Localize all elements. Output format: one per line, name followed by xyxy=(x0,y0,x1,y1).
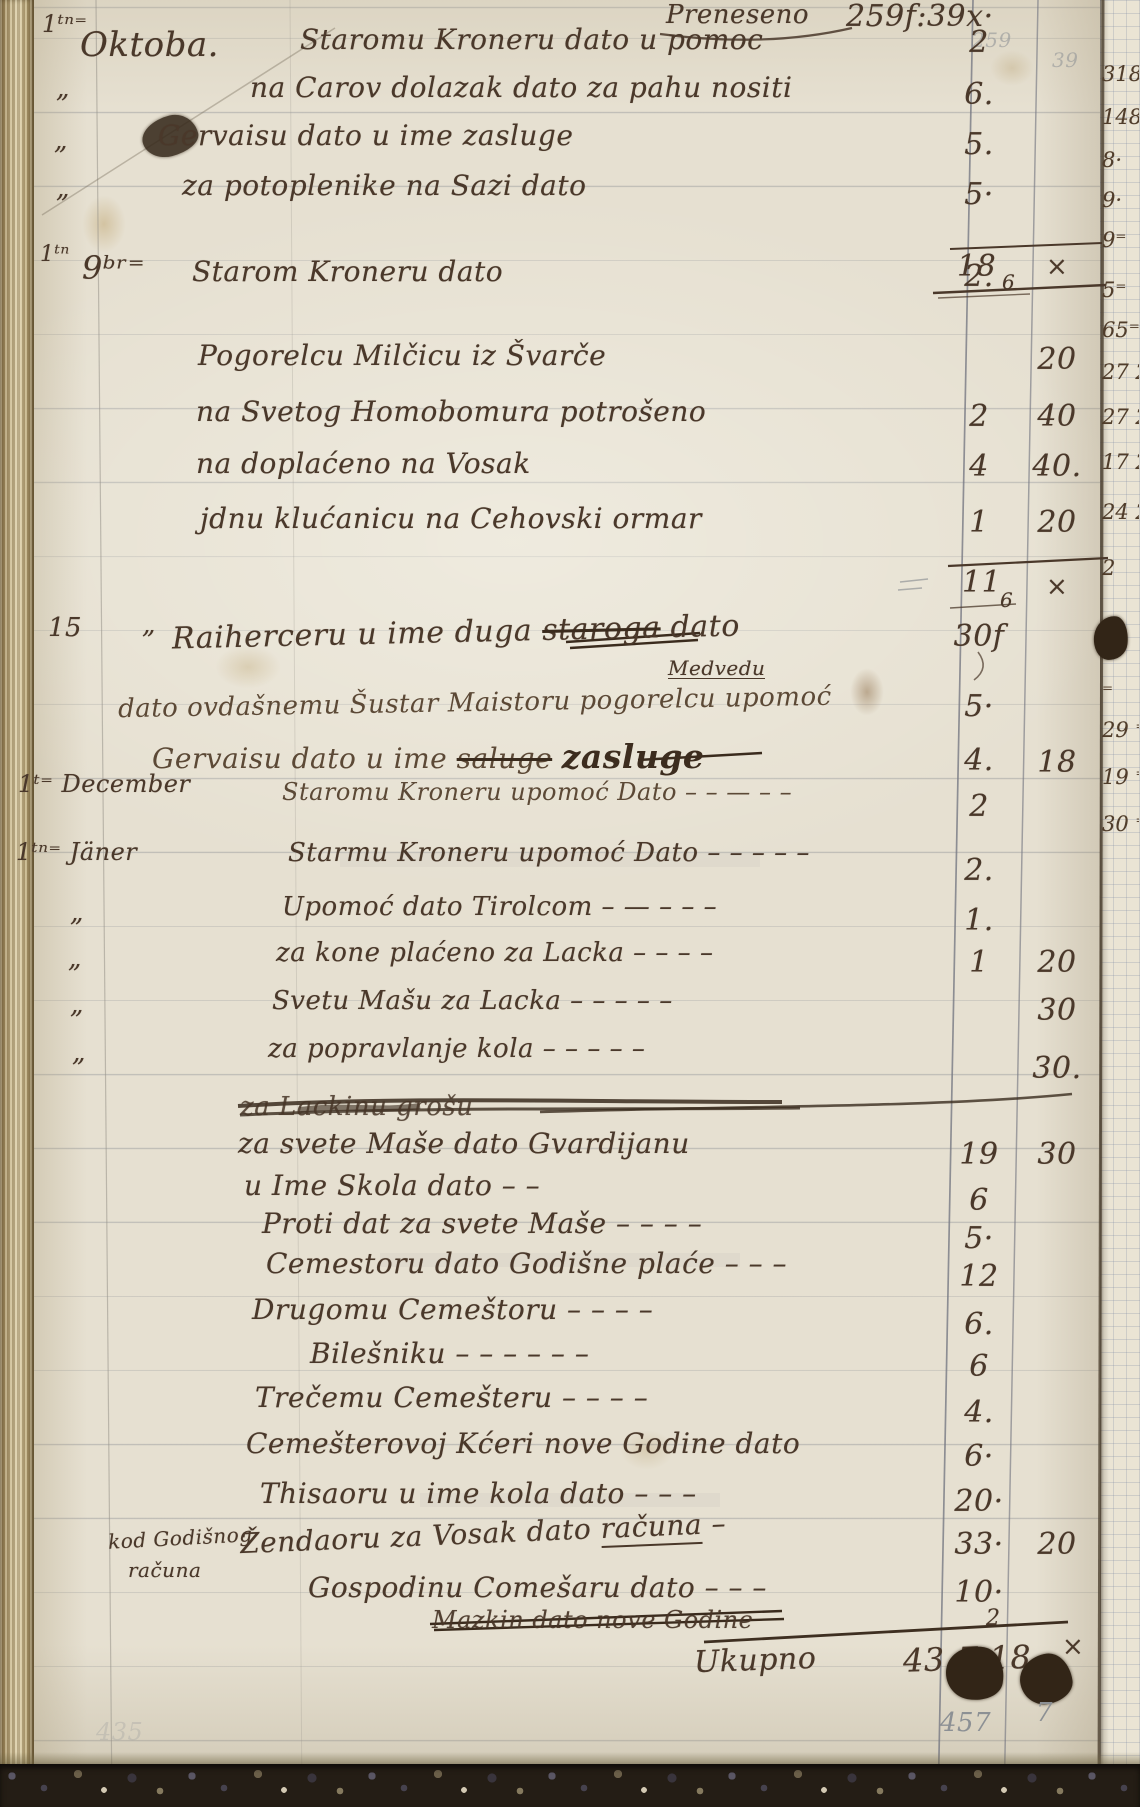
subtotal-value: 11 xyxy=(962,568,1001,598)
margin-ditto: „ xyxy=(56,76,70,102)
florin-value: 6 xyxy=(946,1186,1012,1216)
margin-ditto: „ xyxy=(72,1040,86,1066)
florin-value: 1. xyxy=(946,906,1012,936)
margin-month: 9ᵇʳ⁼ xyxy=(82,252,145,284)
florin-value: 5· xyxy=(946,692,1012,722)
florin-value: 4 xyxy=(946,452,1012,482)
ledger-entry-text: Starom Kroneru dato xyxy=(192,258,503,286)
florin-value: 4. xyxy=(946,746,1012,776)
ledger-entry-text: na Carov dolazak dato za pahu nositi xyxy=(250,74,792,102)
florin-value: 2 xyxy=(946,28,1012,58)
florin-value: 20· xyxy=(946,1487,1012,1517)
edge-number: 27 2⁼ xyxy=(1102,360,1139,384)
edge-number: 5⁼ xyxy=(1102,278,1139,302)
ledger-entry-text: na Svetog Homobomura potrošeno xyxy=(196,398,706,426)
ledger-entry-text: Cemešterovoj Kćeri nove Godine dato xyxy=(246,1430,800,1458)
book-spine-edge xyxy=(0,0,34,1807)
edge-number: 2 xyxy=(1102,556,1139,580)
edge-number: 30 ⁼ xyxy=(1102,812,1139,836)
florin-value: 6. xyxy=(946,1310,1012,1340)
edge-number: 17 2 xyxy=(1102,450,1139,474)
florin-value: 5. xyxy=(946,130,1012,160)
ledger-entry-text: Gervaisu dato u ime zasluge xyxy=(158,122,573,150)
edge-number: 9⁼ xyxy=(1102,228,1139,252)
subtotal-kreuzer-mark: × xyxy=(1046,254,1068,280)
book-bottom-marbled-edge xyxy=(0,1764,1140,1807)
edge-number: 19 ⁼ xyxy=(1102,765,1139,789)
florin-value: 2 xyxy=(946,792,1012,822)
ledger-scan: Preneseno 259f:39x· 259 39 1ᵗⁿ⁼ Oktoba. … xyxy=(0,0,1140,1807)
kreuzer-value: 20 xyxy=(1026,508,1088,538)
ledger-entry-text: jdnu klućanicu na Cehovski ormar xyxy=(200,505,702,533)
ledger-entry-text: Staromu Kroneru dato u pomoc xyxy=(300,26,763,54)
ledger-entry-text: Gervaisu dato u ime saluge zasluge xyxy=(152,740,704,773)
kreuzer-value: 30. xyxy=(1026,1054,1088,1084)
ledger-entry-text: u Ime Skola dato – – xyxy=(244,1172,540,1200)
florin-value: 1 xyxy=(946,508,1012,538)
kreuzer-value: 40 xyxy=(1026,402,1088,432)
margin-ditto: „ xyxy=(68,946,82,972)
margin-ditto: „ xyxy=(54,128,68,154)
entry-text-part: zasluge xyxy=(562,737,705,776)
subtotal-kreuzer-mark: × xyxy=(1046,574,1068,600)
florin-value: 12 xyxy=(946,1262,1012,1292)
ledger-entry-text: za kone plaćeno za Lacka – – – – xyxy=(276,940,713,966)
florin-value: 33· xyxy=(946,1530,1012,1560)
ledger-entry-text: na doplaćeno na Vosak xyxy=(196,450,531,478)
florin-value: 6· xyxy=(946,1442,1012,1472)
edge-number: 148 xyxy=(1102,105,1139,129)
ledger-entry-text: Cemestoru dato Godišne plaće – – – xyxy=(266,1250,787,1278)
margin-date: 15 xyxy=(48,615,82,641)
margin-ditto: „ xyxy=(70,992,84,1018)
florin-value: 10· xyxy=(946,1578,1012,1608)
total-value: 43 xyxy=(902,1643,945,1676)
ledger-entry-text: Svetu Mašu za Lacka – – – – – xyxy=(272,988,673,1014)
margin-note-line2: računa xyxy=(128,1560,201,1580)
margin-ditto: „ xyxy=(56,176,70,202)
total-label: Ukupno xyxy=(694,1644,817,1678)
ledger-entry-text: Thisaoru u ime kola dato – – – xyxy=(260,1480,697,1508)
margin-date: 1ᵗⁿ xyxy=(40,244,70,266)
edge-number: 27 2⁼ xyxy=(1102,405,1139,429)
florin-value: 6 xyxy=(946,1352,1012,1382)
florin-value: 5· xyxy=(946,1224,1012,1254)
kreuzer-value: 18 xyxy=(1026,748,1088,778)
edge-number: 9· xyxy=(1102,188,1139,212)
entry-text-part: Gervaisu dato u ime xyxy=(152,742,457,775)
struck-word: saluge xyxy=(457,742,553,775)
edge-number: 29 ⁼ xyxy=(1102,718,1139,742)
kreuzer-value: 20 xyxy=(1026,345,1088,375)
margin-ditto: „ xyxy=(70,900,84,926)
underlined-word: računa xyxy=(600,1508,703,1548)
ledger-entry-text: Pogorelcu Milčicu iz Švarče xyxy=(198,342,606,370)
edge-number: 8· xyxy=(1102,148,1139,172)
entry-text-part: – xyxy=(701,1507,726,1541)
ledger-entry-text: za svete Maše dato Gvardijanu xyxy=(238,1130,690,1158)
ledger-entry-text: Trečemu Cemešteru – – – – xyxy=(255,1384,648,1412)
ledger-entry-text: Gospodinu Comešaru dato – – – xyxy=(308,1574,767,1602)
kreuzer-value: 30 xyxy=(1026,1140,1088,1170)
florin-value: 30f xyxy=(946,622,1012,652)
florin-value: 2. xyxy=(946,262,1012,292)
scribbled-out-entry: Mazkin dato nove Godine xyxy=(432,1608,753,1632)
edge-number: 318 xyxy=(1102,62,1139,86)
ledger-entry-text: Staromu Kroneru upomoć Dato – – — – – xyxy=(282,780,792,804)
pencil-number: 7 xyxy=(1036,1700,1053,1726)
kreuzer-value: 30 xyxy=(1026,996,1088,1026)
kreuzer-value: 40. xyxy=(1026,452,1088,482)
ledger-entry-text: Proti dat za svete Maše – – – – xyxy=(262,1210,702,1238)
florin-value: 4. xyxy=(946,1398,1012,1428)
edge-number: 65⁼ xyxy=(1102,318,1139,342)
inserted-correction-word: Medvedu xyxy=(668,658,765,679)
florin-value: 5· xyxy=(946,180,1012,210)
ledger-entry-text: za popravlanje kola – – – – – xyxy=(268,1036,645,1062)
struck-word: staroga xyxy=(542,610,661,648)
ledger-entry-text: Bilešniku – – – – – – xyxy=(310,1340,589,1368)
ledger-entry-text: za potoplenike na Sazi dato xyxy=(182,172,586,200)
edge-number: ⁼ xyxy=(1102,680,1139,704)
kreuzer-value: 20 xyxy=(1026,948,1088,978)
florin-value: 19 xyxy=(946,1140,1012,1170)
margin-ditto: „ xyxy=(142,612,156,638)
edge-number: 24 2 xyxy=(1102,500,1139,524)
pencil-number-faint: 435 xyxy=(96,1720,143,1744)
scribbled-out-entry: za Lackinu grošu xyxy=(240,1094,473,1120)
margin-date: 1ᵗ⁼ December xyxy=(18,772,190,796)
ledger-entry-text: Starmu Kroneru upomoć Dato – – – – – xyxy=(288,840,810,866)
kreuzer-value: 20 xyxy=(1026,1530,1088,1560)
florin-correction: 2 xyxy=(986,1608,1001,1630)
margin-date: 1ᵗⁿ⁼ Jäner xyxy=(16,840,137,864)
ledger-entry-text: Drugomu Cemeštoru – – – – xyxy=(252,1296,653,1324)
total-kreuzer-mark: × xyxy=(1062,1634,1084,1660)
pencil-folio-number: 457 xyxy=(940,1710,991,1736)
subtotal-fraction: 6 xyxy=(1000,590,1013,610)
adjacent-page-edge xyxy=(1100,0,1140,1807)
margin-month: Oktoba. xyxy=(80,28,219,62)
florin-value: 2 xyxy=(946,402,1012,432)
florin-value: 1 xyxy=(946,948,1012,978)
florin-value: 2. xyxy=(946,856,1012,886)
carried-pencil-kreuzer: 39 xyxy=(1052,50,1078,70)
entry-text-part: dato xyxy=(660,609,740,646)
ledger-entry-text: Upomoć dato Tirolcom – — – – – xyxy=(282,894,717,920)
florin-value: 6. xyxy=(946,80,1012,110)
